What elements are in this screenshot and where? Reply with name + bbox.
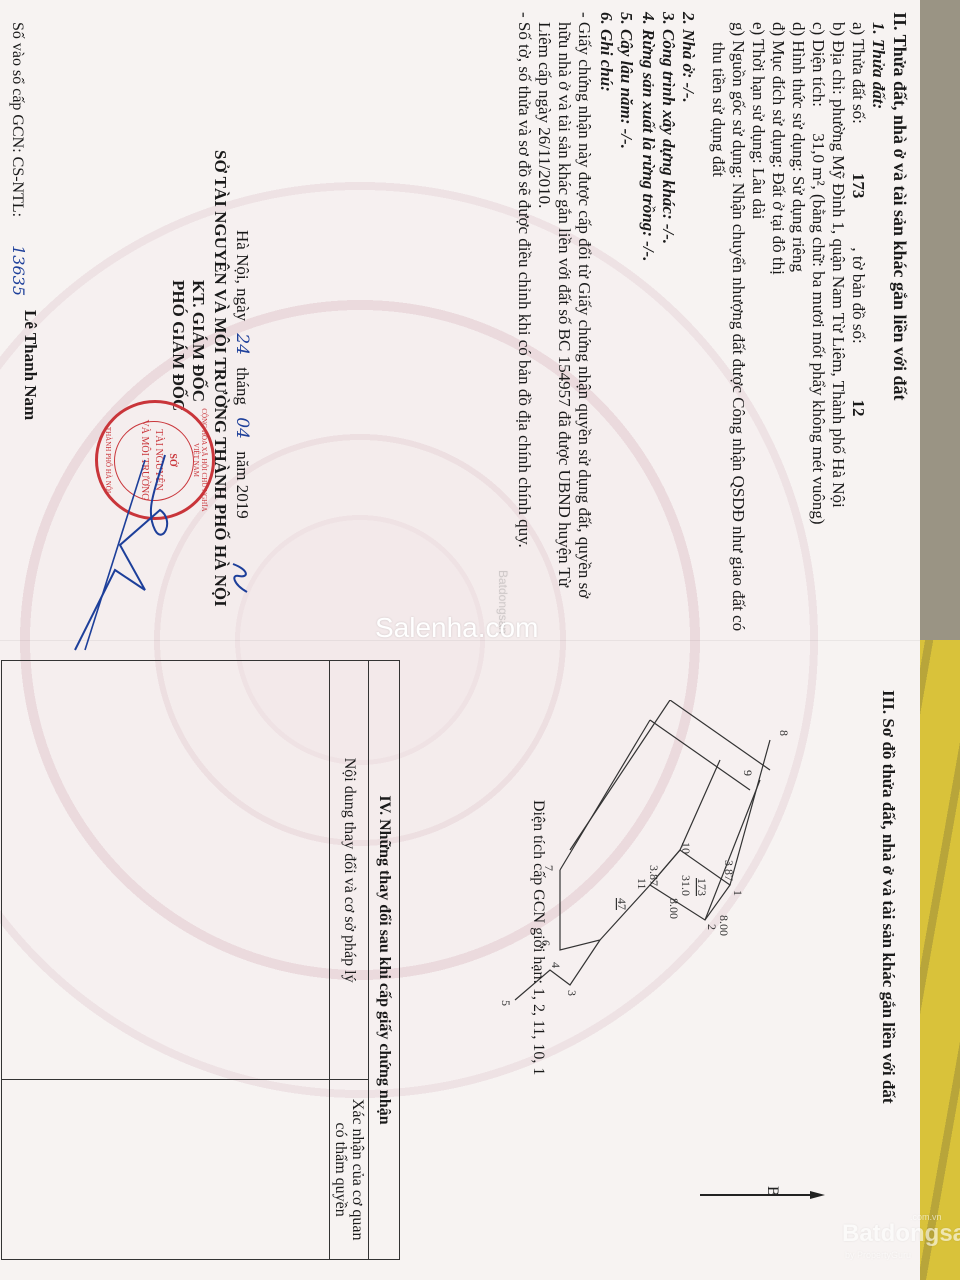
origin-line-1: g) Nguồn gốc sử dụng: Nhận chuyển nhượng… [728,22,748,631]
section-iv-title: IV. Những thay đổi sau khi cấp giấy chứn… [369,661,400,1260]
confirmation-col-header: Xác nhận của cơ quan có thẩm quyền [330,1080,369,1260]
usage-purpose-line: đ) Mục đích sử dụng: Đất ở tại đô thị [768,22,788,275]
confirmation-header-line-2: có thẩm quyền [332,1081,349,1258]
parcel-line: a) Thửa đất số: 173 , tờ bản đồ số: 12 [848,22,868,468]
signer-role-1: KT. GIÁM ĐỐC [188,280,208,402]
area-value: 31,0 m², (bằng chữ: ba mươi mốt phẩy khô… [809,133,828,524]
section-iii-title: III. Sơ đồ thửa đất, nhà ở và tài sản kh… [878,690,898,1104]
point-3: 3 [565,990,579,996]
note-line-2: hữu nhà ở và tài sản khác gắn liền với đ… [554,22,574,587]
registry-label: Số vào sổ cấp GCN: CS-NTL: [9,22,26,217]
point-5: 5 [499,1000,513,1006]
changes-table: IV. Những thay đổi sau khi cấp giấy chứn… [1,660,400,1260]
edge-length-10-1: 3.87 [722,860,736,881]
signature-scribble [65,450,185,680]
edge-length-10-11: 8.00 [667,898,681,919]
initial-mark [225,560,255,596]
watermark-sub: by PropertyGuru [845,1250,911,1260]
watermark-batdongsan-corner: Batdongsan [842,1220,960,1248]
seal-outer-text: CỘNG HÒA XÃ HỘI CHỦ NGHĨA VIỆT NAM [192,403,208,517]
usage-term-line: e) Thời hạn sử dụng: Lâu dài [748,22,768,219]
map-number: 12 [848,348,868,468]
date-month: 04 [232,417,252,439]
address-line: b) Địa chỉ: phường Mỹ Đình 1, quận Nam T… [828,22,848,508]
boundary-note: Diện tích cấp GCN giới hạn: 1, 2, 11, 10… [528,800,548,1075]
changes-col-header: Nội dung thay đổi và cơ sở pháp lý [330,661,369,1080]
perennial-line: 5. Cây lâu năm: -/-. [616,12,636,149]
changes-cell [2,661,330,1080]
point-9: 9 [741,770,755,776]
north-arrow-icon: B [690,1180,830,1210]
forest-line: 4. Rừng sản xuất là rừng trồng: -/-. [638,12,658,261]
watermark-salenha: Salenha.com [375,612,538,644]
edge-length-1-2: 8.00 [717,915,731,936]
note-line-4: - Số tờ, số thửa và sơ đồ sẽ được điều c… [514,12,534,548]
point-10: 10 [679,842,693,854]
date-prefix: Hà Nội, ngày [233,230,252,321]
origin-line-2: thu tiền sử dụng đất [708,42,728,177]
watermark-domain: .com.vn [910,1212,942,1222]
map-label: , tờ bản đồ số: [849,247,868,343]
point-1: 1 [731,890,745,896]
point-4: 4 [549,962,563,968]
registry-line: Số vào sổ cấp GCN: CS-NTL: 13635 [7,22,28,296]
confirmation-cell [2,1080,330,1260]
signer-name: Lê Thanh Nam [20,310,40,420]
date-day: 24 [232,333,252,355]
date-year: năm 2019 [233,451,252,519]
other-construction-line: 3. Công trình xây dựng khác: -/-. [658,12,678,244]
registry-number: 13635 [9,245,28,296]
section-ii-title: II. Thửa đất, nhà ở và tài sản khác gắn … [890,12,910,401]
issuing-agency: SỞ TÀI NGUYÊN VÀ MÔI TRƯỜNG THÀNH PHỐ HÀ… [210,150,230,607]
month-label: tháng [233,367,252,405]
land-heading: 1. Thửa đất: [868,22,888,109]
confirmation-header-line-1: Xác nhận của cơ quan [349,1081,366,1258]
point-8: 8 [777,730,791,736]
house-line: 2. Nhà ở: -/-. [678,12,698,103]
date-line: Hà Nội, ngày 24 tháng 04 năm 2019 [232,230,252,519]
signer-role-2: PHÓ GIÁM ĐỐC [168,280,188,411]
usage-form-line: d) Hình thức sử dụng: Sử dụng riêng [788,22,808,272]
parcel-label: a) Thửa đất số: [849,22,868,124]
parcel-area-label: 31.0 [679,875,693,896]
north-label: B [764,1186,781,1197]
note-line-3: Liêm cấp ngày 26/11/2010. [534,22,554,208]
notes-heading: 6. Ghi chú: [596,12,616,92]
parcel-number-label: 173 [695,878,709,896]
area-label: c) Diện tích: [809,22,828,107]
note-line-1: - Giấy chứng nhận này được cấp đổi từ Gi… [574,12,594,598]
neighbor-parcel-label: 47 [615,898,629,910]
edge-length-11-2: 3.87 [647,865,661,886]
parcel-number: 173 [848,128,868,243]
area-line: c) Diện tích: 31,0 m², (bằng chữ: ba mươ… [808,22,828,525]
